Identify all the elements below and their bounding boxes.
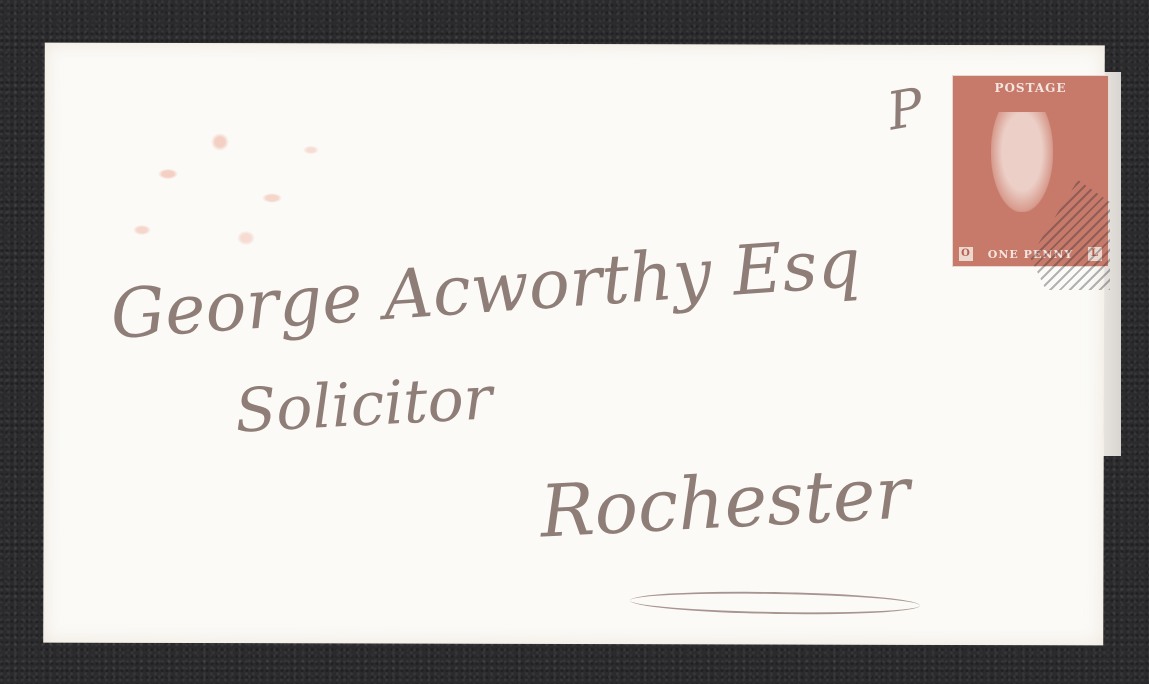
address-line-occupation: Solicitor bbox=[233, 363, 494, 446]
red-ink-offset-stain bbox=[90, 110, 350, 270]
stamp-postage-text: POSTAGE bbox=[994, 81, 1066, 95]
stamp-corner-letter-left: O bbox=[959, 247, 973, 261]
queen-portrait-icon bbox=[991, 112, 1053, 212]
stamp-top-label: POSTAGE bbox=[953, 78, 1108, 98]
